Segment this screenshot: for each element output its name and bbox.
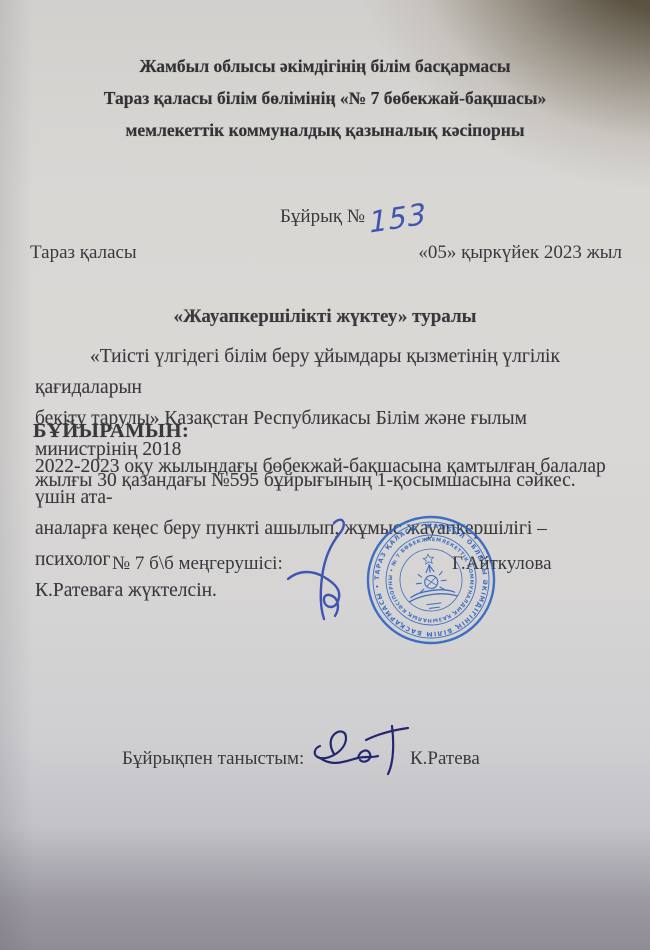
order-city: Тараз қаласы	[30, 242, 137, 264]
acknowledged-signature	[300, 718, 415, 788]
manager-signature	[278, 513, 373, 643]
order-title: «Жауапкершілікті жүктеу» туралы	[0, 306, 650, 328]
org-header-line2: Тараз қаласы білім бөлімінің «№ 7 бөбекж…	[0, 82, 650, 114]
manager-role-label: № 7 б\б меңгерушісі:	[112, 553, 283, 575]
org-header: Жамбыл облысы әкімдігінің білім басқарма…	[0, 50, 650, 146]
acknowledged-role-label: Бұйрықпен таныстым:	[122, 748, 304, 770]
kazakhstan-emblem-icon	[404, 551, 458, 610]
order-date: «05» қыркүйек 2023 жыл	[418, 242, 622, 264]
order-document: Жамбыл облысы әкімдігінің білім басқарма…	[0, 0, 650, 950]
document-photo: Жамбыл облысы әкімдігінің білім басқарма…	[0, 0, 650, 950]
org-header-line3: мемлекеттік коммуналдық қазыналық кәсіпо…	[0, 114, 650, 146]
manager-name: Г.Айткулова	[452, 553, 552, 575]
order-number-handwritten: 153	[368, 196, 427, 239]
resolution-line: 2022-2023 оқу жылындағы бөбекжай-бақшасы…	[35, 451, 620, 513]
order-number-line: Бұйрық №153	[280, 201, 427, 235]
order-label: Бұйрық №	[280, 206, 365, 227]
resolution-heading: БҰЙЫРАМЫН:	[33, 420, 189, 443]
acknowledged-name: К.Ратева	[410, 748, 480, 770]
official-stamp: ЖАМБЫЛ ОБЛЫСЫ ӘКІМДІГІНІҢ БІЛІМ БАСҚАРМА…	[353, 502, 509, 658]
basis-line: «Тиісті үлгідегі білім беру ұйымдары қыз…	[35, 341, 620, 403]
org-header-line1: Жамбыл облысы әкімдігінің білім басқарма…	[0, 50, 650, 82]
